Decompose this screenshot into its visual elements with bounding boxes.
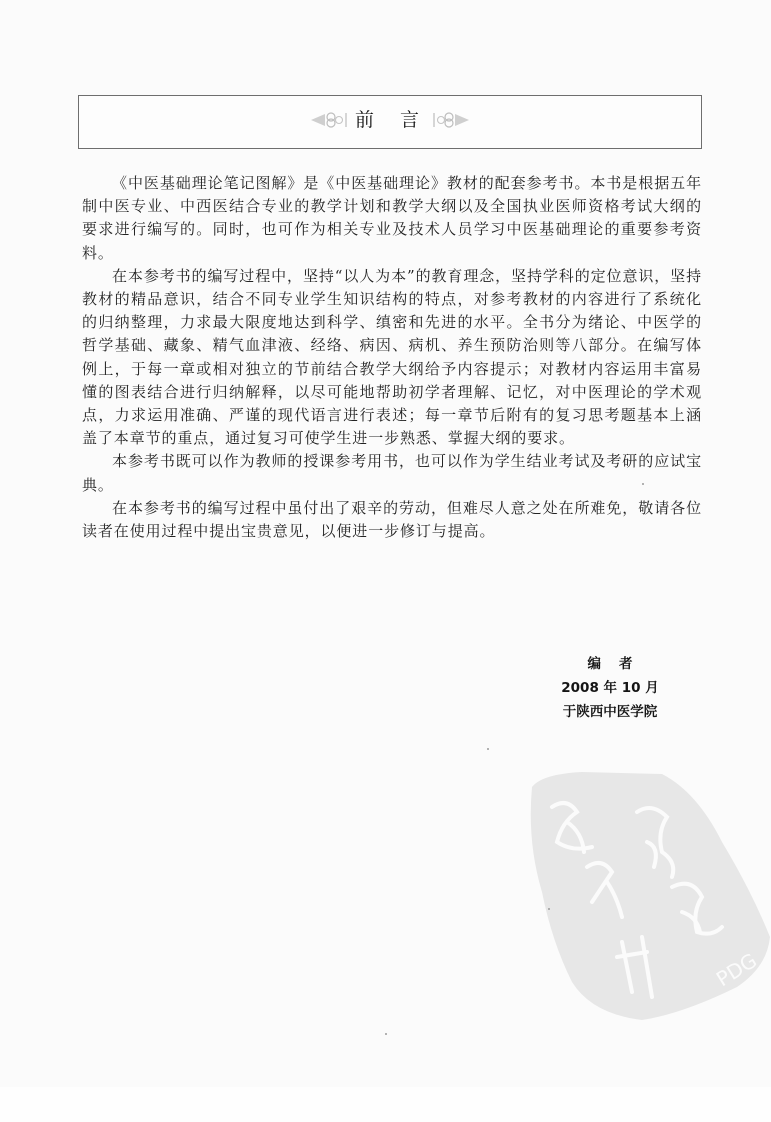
preface-body: 《中医基础理论笔记图解》是《中医基础理论》教材的配套参考书。本书是根据五年制中医… [82, 172, 702, 543]
paragraph-4: 在本参考书的编写过程中虽付出了艰辛的劳动，但难尽人意之处在所难免，敬请各位读者在… [82, 497, 702, 543]
cloud-ornament-left-icon [311, 112, 349, 128]
preface-header-box: 前言 [78, 95, 702, 149]
scan-speck [548, 908, 550, 910]
signature-date: 2008 年 10 月 [545, 676, 675, 700]
title-wrap: 前言 [79, 108, 701, 132]
signature-author: 编者 [545, 652, 693, 676]
paragraph-2: 在本参考书的编写过程中，坚持“以人为本”的教育理念，坚持学科的定位意识，坚持教材… [82, 265, 702, 451]
cloud-ornament-right-icon [431, 112, 469, 128]
paragraph-1: 《中医基础理论笔记图解》是《中医基础理论》教材的配套参考书。本书是根据五年制中医… [82, 172, 702, 265]
seal-stamp-icon: PDG [522, 752, 771, 1022]
signature-block: 编者 2008 年 10 月 于陕西中医学院 [545, 652, 675, 724]
scan-speck [385, 1033, 387, 1035]
page-bottom-margin [0, 1087, 771, 1122]
scan-speck [487, 748, 489, 750]
paragraph-3: 本参考书既可以作为教师的授课参考用书，也可以作为学生结业考试及考研的应试宝典。 [82, 450, 702, 496]
scan-speck [642, 483, 644, 485]
signature-place: 于陕西中医学院 [545, 700, 675, 724]
